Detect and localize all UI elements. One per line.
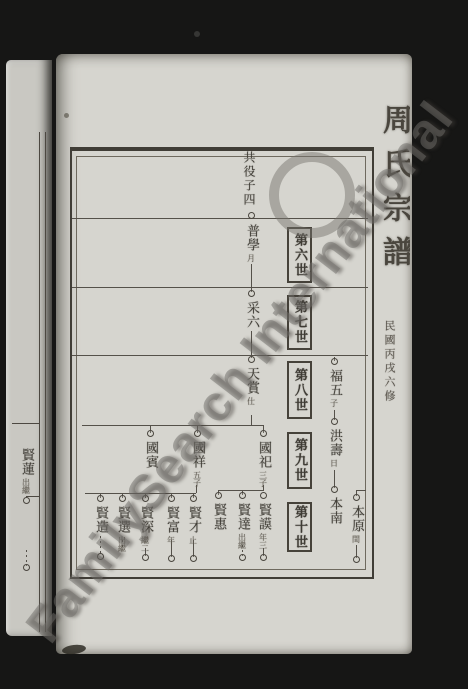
- person-name: 賢才: [186, 506, 200, 534]
- person-name: 賢達: [235, 503, 249, 531]
- edition-note: 民國丙戌六修: [381, 320, 397, 404]
- ancestor-node: 國祀 三子: [256, 441, 270, 487]
- person-name: 國祀: [256, 441, 270, 469]
- person-circle: [353, 556, 360, 563]
- left-page-edge: [6, 60, 52, 636]
- generation-label: 第九世: [290, 438, 309, 483]
- ancestor-node: 賢才 止: [186, 506, 200, 544]
- left-page-border-line: [45, 132, 46, 632]
- person-note: 日: [330, 459, 339, 467]
- speck: [64, 113, 69, 118]
- person-circle: [248, 290, 255, 297]
- scanned-genealogy-page: 賢蓮 出繼 共役子四 普學 月 采六 天賞 仕 國賓 國祥 五子 國祀 三子 賢…: [0, 0, 468, 689]
- person-note: 月: [247, 254, 256, 262]
- person-name: 普學: [244, 224, 258, 252]
- person-circle: [215, 492, 222, 499]
- person-circle: [168, 555, 175, 562]
- ancestor-node: 洪壽 日: [327, 429, 341, 467]
- person-note: 止: [189, 536, 198, 544]
- connector-line: [356, 490, 366, 491]
- ancestor-node: 本南: [327, 497, 341, 525]
- ancestor-node: 賢惠: [211, 503, 225, 531]
- person-note: 三子: [259, 471, 268, 487]
- person-note: 閏: [352, 535, 361, 543]
- person-circle: [248, 212, 255, 219]
- ancestor-node: 賢達 出繼: [235, 503, 249, 549]
- left-page-rule: [12, 423, 40, 424]
- connector-line: [218, 490, 264, 491]
- person-circle: [23, 564, 30, 571]
- connector-line: [251, 264, 252, 292]
- person-note: 子: [330, 399, 339, 407]
- connector-line: [251, 415, 252, 425]
- generation-label: 第十世: [290, 505, 309, 550]
- person-circle: [23, 497, 30, 504]
- top-annotation: 共役子四: [242, 151, 256, 207]
- generation-label-box: 第八世: [287, 361, 312, 419]
- person-name: 賢惠: [211, 503, 225, 531]
- person-name: 本原: [349, 505, 363, 533]
- person-name: 福五: [327, 369, 341, 397]
- person-note: 出繼: [22, 478, 31, 494]
- person-circle: [260, 554, 267, 561]
- person-circle: [260, 430, 267, 437]
- generation-label-box: 第十世: [287, 502, 312, 552]
- person-name: 賢謨: [256, 503, 270, 531]
- person-circle: [97, 495, 104, 502]
- person-circle: [353, 494, 360, 501]
- edition-note-column: 民國丙戌六修: [381, 320, 407, 440]
- person-circle: [190, 555, 197, 562]
- ancestor-node: 賢蓮 出繼: [19, 448, 33, 494]
- generation-label: 第八世: [290, 368, 309, 413]
- ancestor-node: 本原 閏: [349, 505, 363, 543]
- generation-label-box: 第九世: [287, 432, 312, 489]
- person-circle: [190, 495, 197, 502]
- person-circle: [239, 492, 246, 499]
- person-name: 洪壽: [327, 429, 341, 457]
- annotation-text: 共役子四: [242, 151, 256, 207]
- speck: [194, 31, 200, 37]
- person-circle: [331, 358, 338, 365]
- person-circle: [142, 554, 149, 561]
- person-note: 出繼: [238, 533, 247, 549]
- ancestor-node: 普學 月: [244, 224, 258, 262]
- person-note: 年: [167, 536, 176, 544]
- person-circle: [239, 554, 246, 561]
- left-page-border-line: [39, 132, 40, 632]
- ancestor-node: 賢謨 年三: [256, 503, 270, 549]
- person-circle: [260, 492, 267, 499]
- person-circle: [331, 418, 338, 425]
- person-note: 年三: [259, 533, 268, 549]
- person-name: 賢蓮: [19, 448, 33, 476]
- ancestor-node: 福五 子: [327, 369, 341, 407]
- person-name: 本南: [327, 497, 341, 525]
- person-circle: [331, 486, 338, 493]
